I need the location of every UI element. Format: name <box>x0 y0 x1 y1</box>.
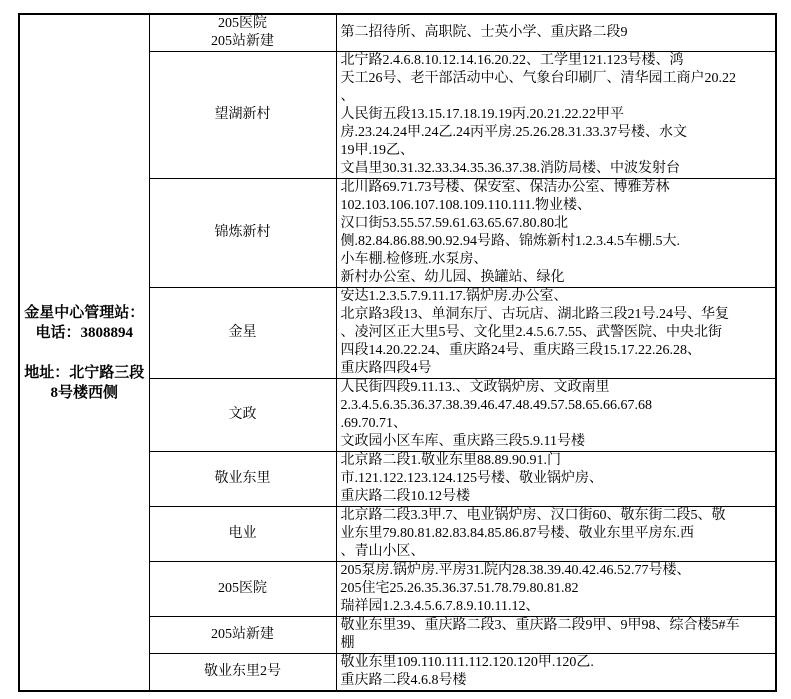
station-name-cell: 文政 <box>149 379 336 452</box>
station-name-cell: 金星 <box>149 288 336 379</box>
station-details-cell: 敬业东里109.110.111.112.120.120甲.120乙. 重庆路二段… <box>336 654 776 692</box>
station-details-cell: 北京路二段1.敬业东里88.89.90.91.门 市.121.122.123.1… <box>336 452 776 507</box>
station-name-cell: 205站新建 <box>149 617 336 654</box>
station-details-cell: 205泵房.锅炉房.平房31.院内28.38.39.40.42.46.52.77… <box>336 562 776 617</box>
station-details-cell: 敬业东里39、重庆路二段3、重庆路二段9甲、9甲98、综合楼5#车 棚 <box>336 617 776 654</box>
station-info-cell: 金星中心管理站： 电话：3808894 地址：北宁路三段8号楼西侧 <box>19 14 149 691</box>
station-details-cell: 人民街四段9.11.13.、文政锅炉房、文政南里 2.3.4.5.6.35.36… <box>336 379 776 452</box>
station-name-cell: 敬业东里2号 <box>149 654 336 692</box>
station-details-cell: 北川路69.71.73号楼、保安室、保洁办公室、博雅芳林 102.103.106… <box>336 179 776 288</box>
station-name-cell: 敬业东里 <box>149 452 336 507</box>
station-details-cell: 北宁路2.4.6.8.10.12.14.16.20.22、工学里121.123号… <box>336 52 776 179</box>
table-row: 金星中心管理站： 电话：3808894 地址：北宁路三段8号楼西侧 205医院 … <box>19 14 776 52</box>
station-details-cell: 第二招待所、高职院、士英小学、重庆路二段9 <box>336 14 776 52</box>
document-page: 金星中心管理站： 电话：3808894 地址：北宁路三段8号楼西侧 205医院 … <box>0 0 791 699</box>
station-name-cell: 205医院 <box>149 562 336 617</box>
station-name-cell: 205医院 205站新建 <box>149 14 336 52</box>
station-details-cell: 北京路二段3.3甲.7、电业锅炉房、汉口街60、敬东街二段5、敬 业东里79.8… <box>336 507 776 562</box>
station-name-cell: 望湖新村 <box>149 52 336 179</box>
station-name-cell: 电业 <box>149 507 336 562</box>
station-name-cell: 锦炼新村 <box>149 179 336 288</box>
station-details-cell: 安达1.2.3.5.7.9.11.17.锅炉房.办公室、 北京路3段13、单洞东… <box>336 288 776 379</box>
zone-table: 金星中心管理站： 电话：3808894 地址：北宁路三段8号楼西侧 205医院 … <box>18 13 777 692</box>
